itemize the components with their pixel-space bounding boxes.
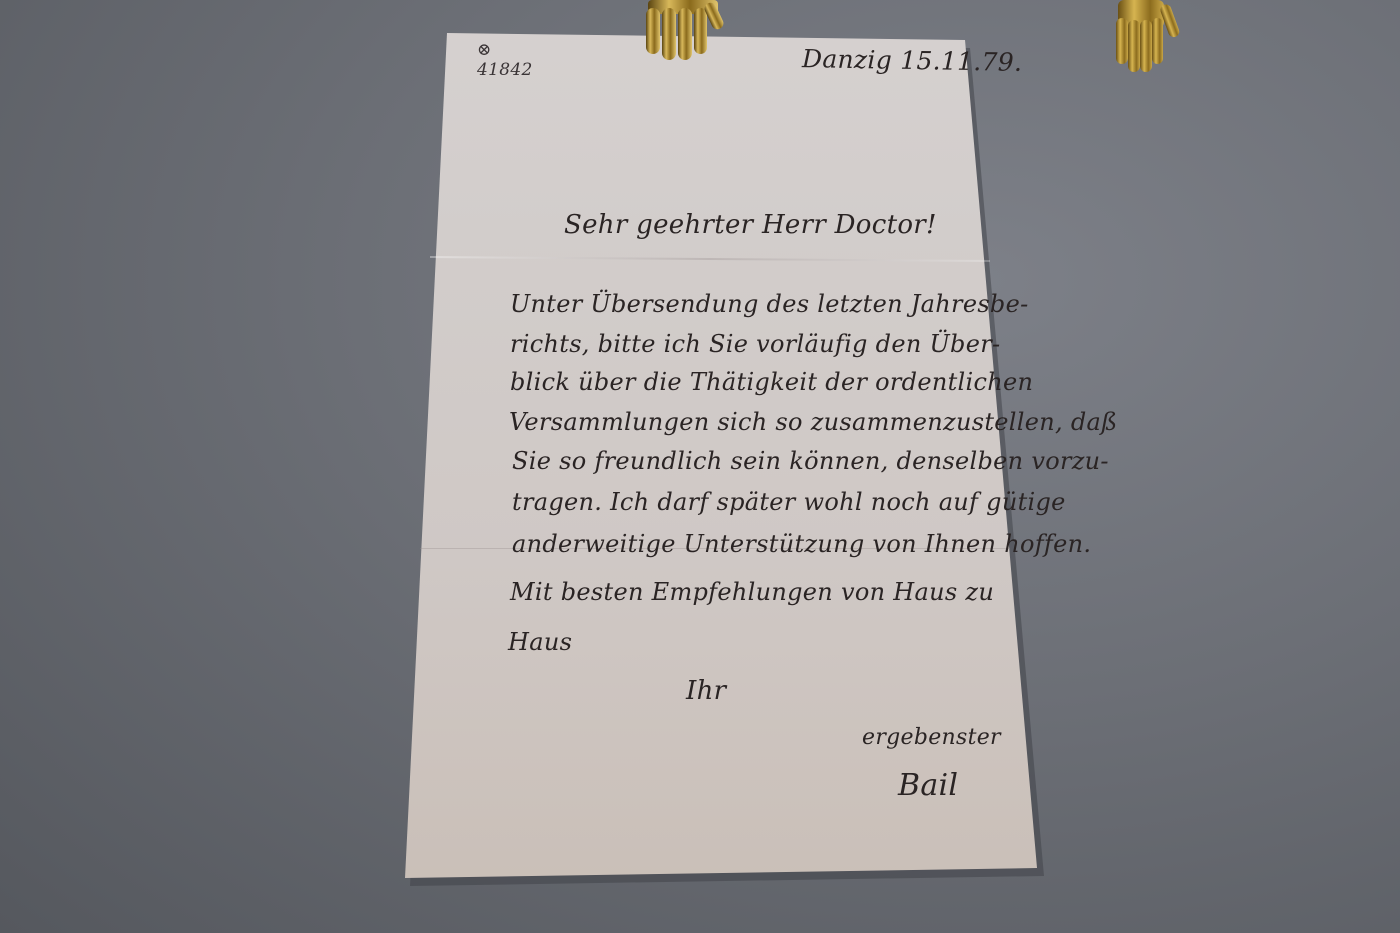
hand-clip-left-icon xyxy=(640,0,730,62)
body-line-3: blick über die Thätigkeit der ordentlich… xyxy=(510,368,1033,396)
hand-clip-right-icon xyxy=(1108,0,1184,74)
body-line-4: Versammlungen sich so zusammenzustellen,… xyxy=(509,408,1117,436)
body-line-6: tragen. Ich darf später wohl noch auf gü… xyxy=(512,488,1066,516)
signature: Bail xyxy=(898,768,958,803)
body-line-5: Sie so freundlich sein können, denselben… xyxy=(512,447,1109,475)
body-line-7: anderweitige Unterstützung von Ihnen hof… xyxy=(512,530,1091,558)
archive-mark-number: 41842 xyxy=(477,60,533,80)
closing-ihr: Ihr xyxy=(686,676,726,706)
body-line-8: Mit besten Empfehlungen von Haus zu xyxy=(510,578,994,606)
closing-ergebenster: ergebenster xyxy=(862,725,1001,750)
archive-mark: ⊗ 41842 xyxy=(477,40,533,80)
salutation: Sehr geehrter Herr Doctor! xyxy=(564,210,937,240)
archive-mark-symbol: ⊗ xyxy=(477,40,533,60)
photo-scene: ⊗ 41842 Danzig 15.11.79. Sehr geehrter H… xyxy=(0,0,1400,933)
place-date: Danzig 15.11.79. xyxy=(802,44,1023,77)
body-line-9: Haus xyxy=(508,628,572,656)
body-line-1: Unter Übersendung des letzten Jahresbe- xyxy=(510,290,1029,318)
body-line-2: richts, bitte ich Sie vorläufig den Über… xyxy=(510,330,1000,358)
